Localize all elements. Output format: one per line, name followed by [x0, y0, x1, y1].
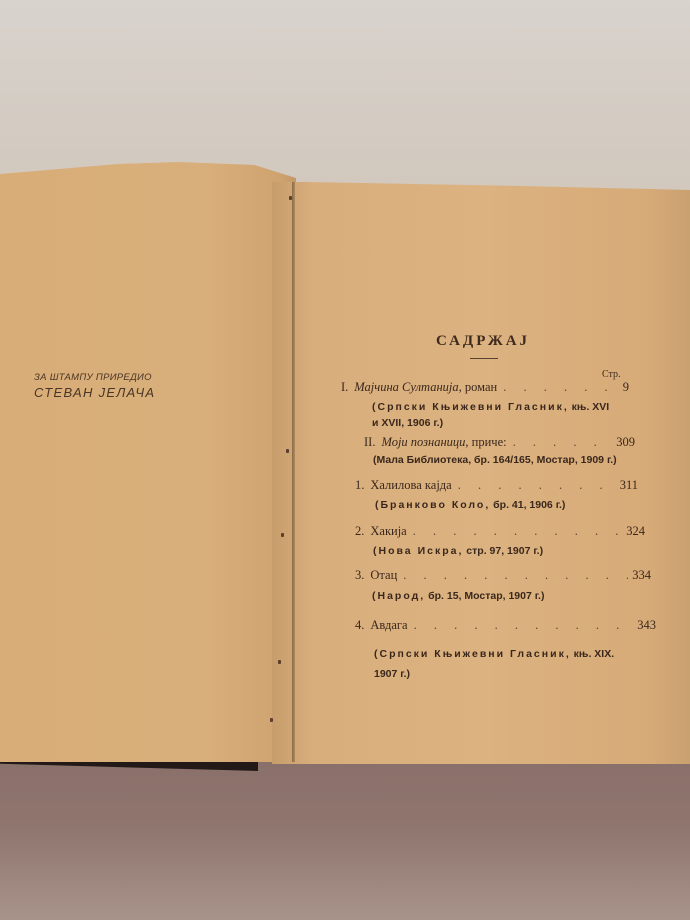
- toc-title: САДРЖАЈ: [436, 333, 530, 350]
- entry-source: (Српски Књижевни Гласник, књ. XVI и XVII…: [372, 399, 609, 431]
- binding-stitch: [286, 449, 289, 453]
- entry-number: 1.: [355, 478, 364, 493]
- title-divider: [470, 358, 498, 359]
- entry-number: 3.: [355, 568, 364, 583]
- binding-stitch: [278, 660, 281, 664]
- leader-dots: . . . . . . .: [513, 435, 613, 450]
- leader-dots: . . . . . . . . . . . . . .: [414, 618, 634, 633]
- entry-title: Мајчина Султанија: [354, 380, 458, 395]
- page-column-header: Стр.: [602, 369, 621, 380]
- entry-number: 4.: [355, 618, 364, 633]
- entry-source: (Српски Књижевни Гласник, књ. XIX. 1907 …: [374, 644, 614, 684]
- entry-source: (Мала Библиотека, бр. 164/165, Мостар, 1…: [373, 452, 617, 468]
- entry-title: Отац: [370, 568, 397, 583]
- entry-page: 334: [632, 568, 651, 583]
- entry-source: (Бранково Коло, бр. 41, 1906 г.): [375, 497, 565, 513]
- entry-title: Хакија: [370, 524, 406, 539]
- entry-page: 9: [623, 380, 629, 395]
- table-surface: [0, 760, 690, 920]
- toc-entry: I. Мајчина Султанија , роман . . . . . .…: [341, 380, 629, 395]
- entry-title: Моји познаници: [381, 435, 465, 450]
- credit-label: ЗА ШТАМПУ ПРИРЕДИО: [34, 372, 155, 383]
- left-page: [0, 162, 296, 762]
- toc-entry: 4. Авдага . . . . . . . . . . . . . . 34…: [355, 618, 656, 633]
- leader-dots: . . . . . . . . . . .: [458, 478, 616, 493]
- toc-entry: 3. Отац . . . . . . . . . . . . . . 334: [355, 568, 651, 583]
- entry-page: 309: [616, 435, 635, 450]
- binding-stitch: [281, 533, 284, 537]
- leader-dots: . . . . . . . . . . . . . .: [403, 568, 628, 583]
- entry-number: 2.: [355, 524, 364, 539]
- entry-number: I.: [341, 380, 348, 395]
- entry-number: II.: [364, 435, 375, 450]
- entry-page: 343: [637, 618, 656, 633]
- entry-page: 311: [620, 478, 638, 493]
- entry-source: (Народ, бр. 15, Мостар, 1907 г.): [372, 588, 544, 604]
- entry-suffix: , приче:: [465, 435, 506, 450]
- toc-entry: II. Моји познаници , приче: . . . . . . …: [364, 435, 635, 450]
- entry-suffix: , роман: [459, 380, 498, 395]
- leader-dots: . . . . . . . . . . . . . .: [413, 524, 623, 539]
- entry-source: (Нова Искра, стр. 97, 1907 г.): [373, 543, 543, 559]
- editor-credit: ЗА ШТАМПУ ПРИРЕДИО СТЕВАН ЈЕЛАЧА: [34, 372, 155, 400]
- toc-entry: 1. Халилова кајда . . . . . . . . . . . …: [355, 478, 638, 493]
- entry-title: Халилова кајда: [370, 478, 451, 493]
- entry-title: Авдага: [370, 618, 407, 633]
- editor-name: СТЕВАН ЈЕЛАЧА: [34, 385, 155, 400]
- binding-stitch: [270, 718, 273, 722]
- binding-stitch: [289, 196, 292, 200]
- entry-page: 324: [626, 524, 645, 539]
- leader-dots: . . . . . . .: [503, 380, 619, 395]
- toc-entry: 2. Хакија . . . . . . . . . . . . . . 32…: [355, 524, 645, 539]
- book-gutter: [292, 182, 295, 762]
